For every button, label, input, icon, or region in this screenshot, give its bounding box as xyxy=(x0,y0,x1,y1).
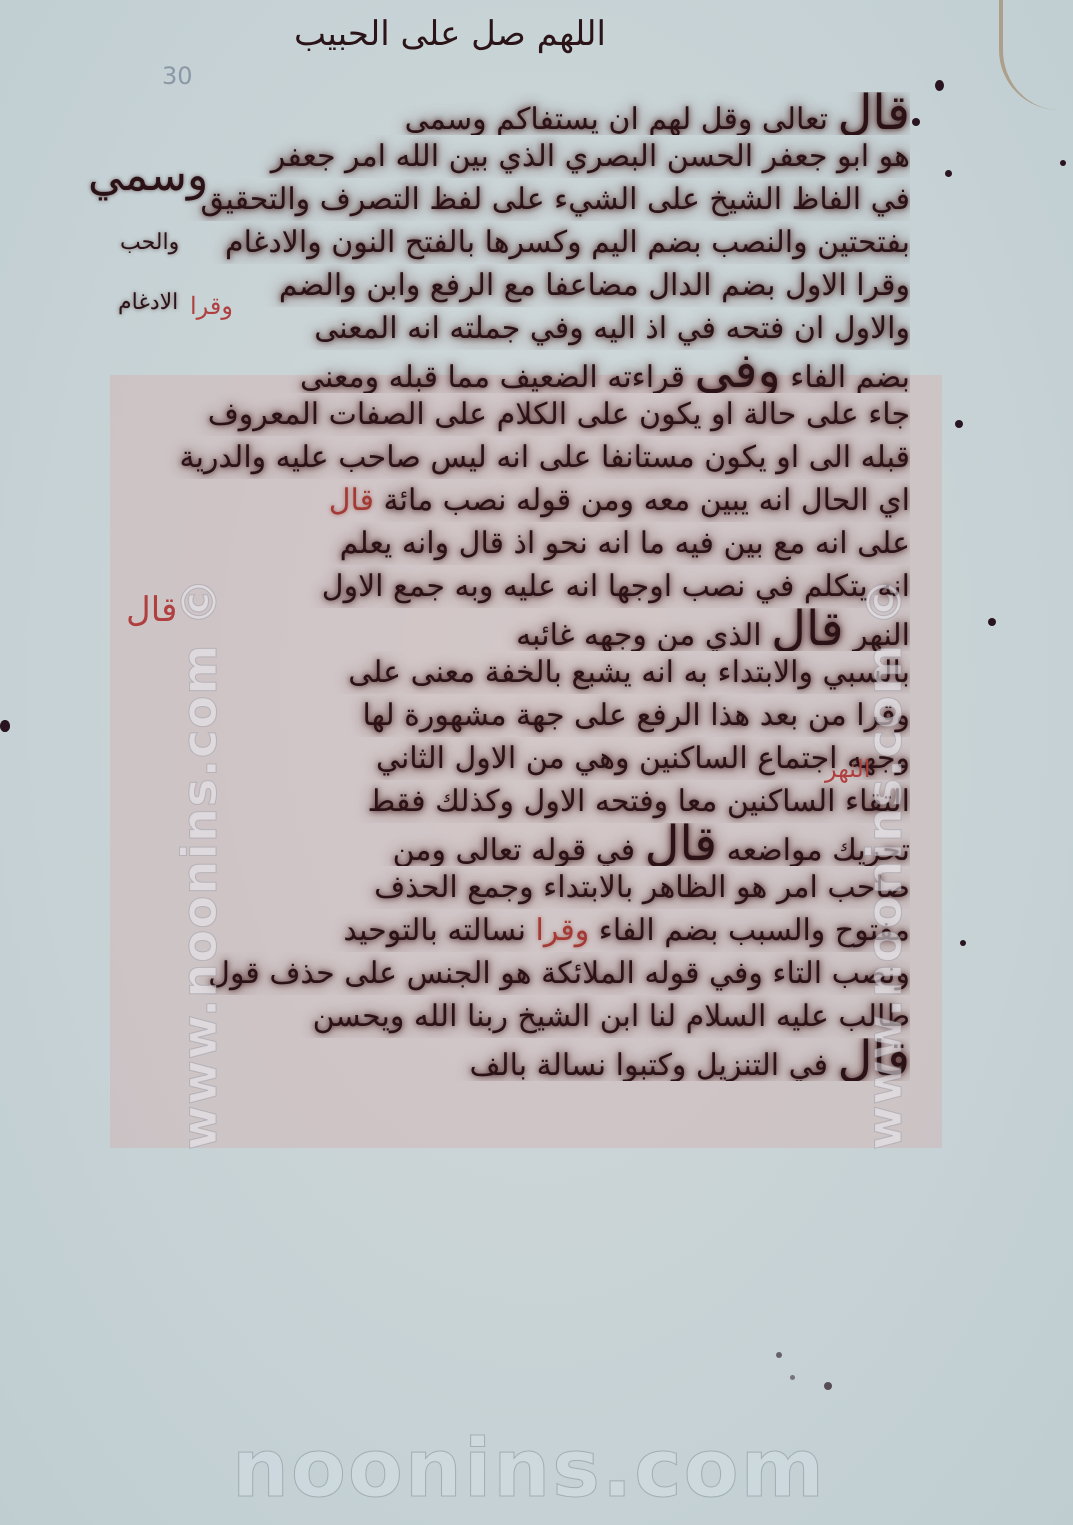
vertical-watermark-left: www.noonins.com © xyxy=(172,577,228,1150)
calligraphic-heading: قال xyxy=(771,608,843,651)
red-rubric: قال xyxy=(329,483,374,518)
margin-note-red: قال xyxy=(126,590,177,630)
manuscript-line: بفتحتين والنصب بضم اليم وكسرها بالفتح ال… xyxy=(90,221,910,264)
ink-spot xyxy=(912,118,920,126)
manuscript-line: على انه مع بين فيه ما انه نحو اذ قال وان… xyxy=(90,522,910,565)
red-rubric: وقرا xyxy=(536,913,590,948)
manuscript-line: قال تعالى وقل لهم ان يستفاكم وسمى xyxy=(90,92,910,135)
ink-spot xyxy=(776,1352,782,1358)
margin-note: والحب xyxy=(120,230,179,255)
page-edge-stain xyxy=(999,0,1073,110)
margin-note: وسمي xyxy=(88,150,208,201)
ink-spot xyxy=(955,420,963,428)
calligraphic-heading: قال xyxy=(838,92,910,135)
ink-spot xyxy=(824,1382,832,1390)
margin-note: الادغام xyxy=(118,290,178,315)
calligraphic-heading: وفي xyxy=(695,350,781,393)
ink-spot xyxy=(945,170,952,177)
ink-spot xyxy=(960,940,966,946)
manuscript-line: قبله الى او يكون مستانفا على انه ليس صاح… xyxy=(90,436,910,479)
manuscript-line: اي الحال انه يبين معه ومن قوله نصب مائة … xyxy=(90,479,910,522)
calligraphic-heading: قال xyxy=(645,823,717,866)
ink-spot xyxy=(790,1375,795,1380)
vertical-watermark-right: www.noonins.com © xyxy=(857,577,913,1150)
folio-number: 30 xyxy=(162,62,193,90)
bottom-watermark: noonins.com xyxy=(232,1422,826,1515)
manuscript-line: في الفاظ الشيخ على الشيء على لفظ التصرف … xyxy=(90,178,910,221)
ink-spot xyxy=(988,618,996,626)
ink-spot xyxy=(0,720,10,732)
manuscript-page: 30 اللهم صل على الحبيب قال تعالى وقل لهم… xyxy=(0,0,1073,1525)
ink-spot xyxy=(935,80,944,91)
margin-note-red: وقرا xyxy=(190,292,233,320)
manuscript-line: جاء على حالة او يكون على الكلام على الصف… xyxy=(90,393,910,436)
ink-spot xyxy=(1060,160,1066,166)
manuscript-line: هو ابو جعفر الحسن البصري الذي بين الله ا… xyxy=(90,135,910,178)
header-invocation: اللهم صل على الحبيب xyxy=(270,14,630,54)
manuscript-line: بضم الفاء وفي قراءته الضعيف مما قبله ومع… xyxy=(90,350,910,393)
